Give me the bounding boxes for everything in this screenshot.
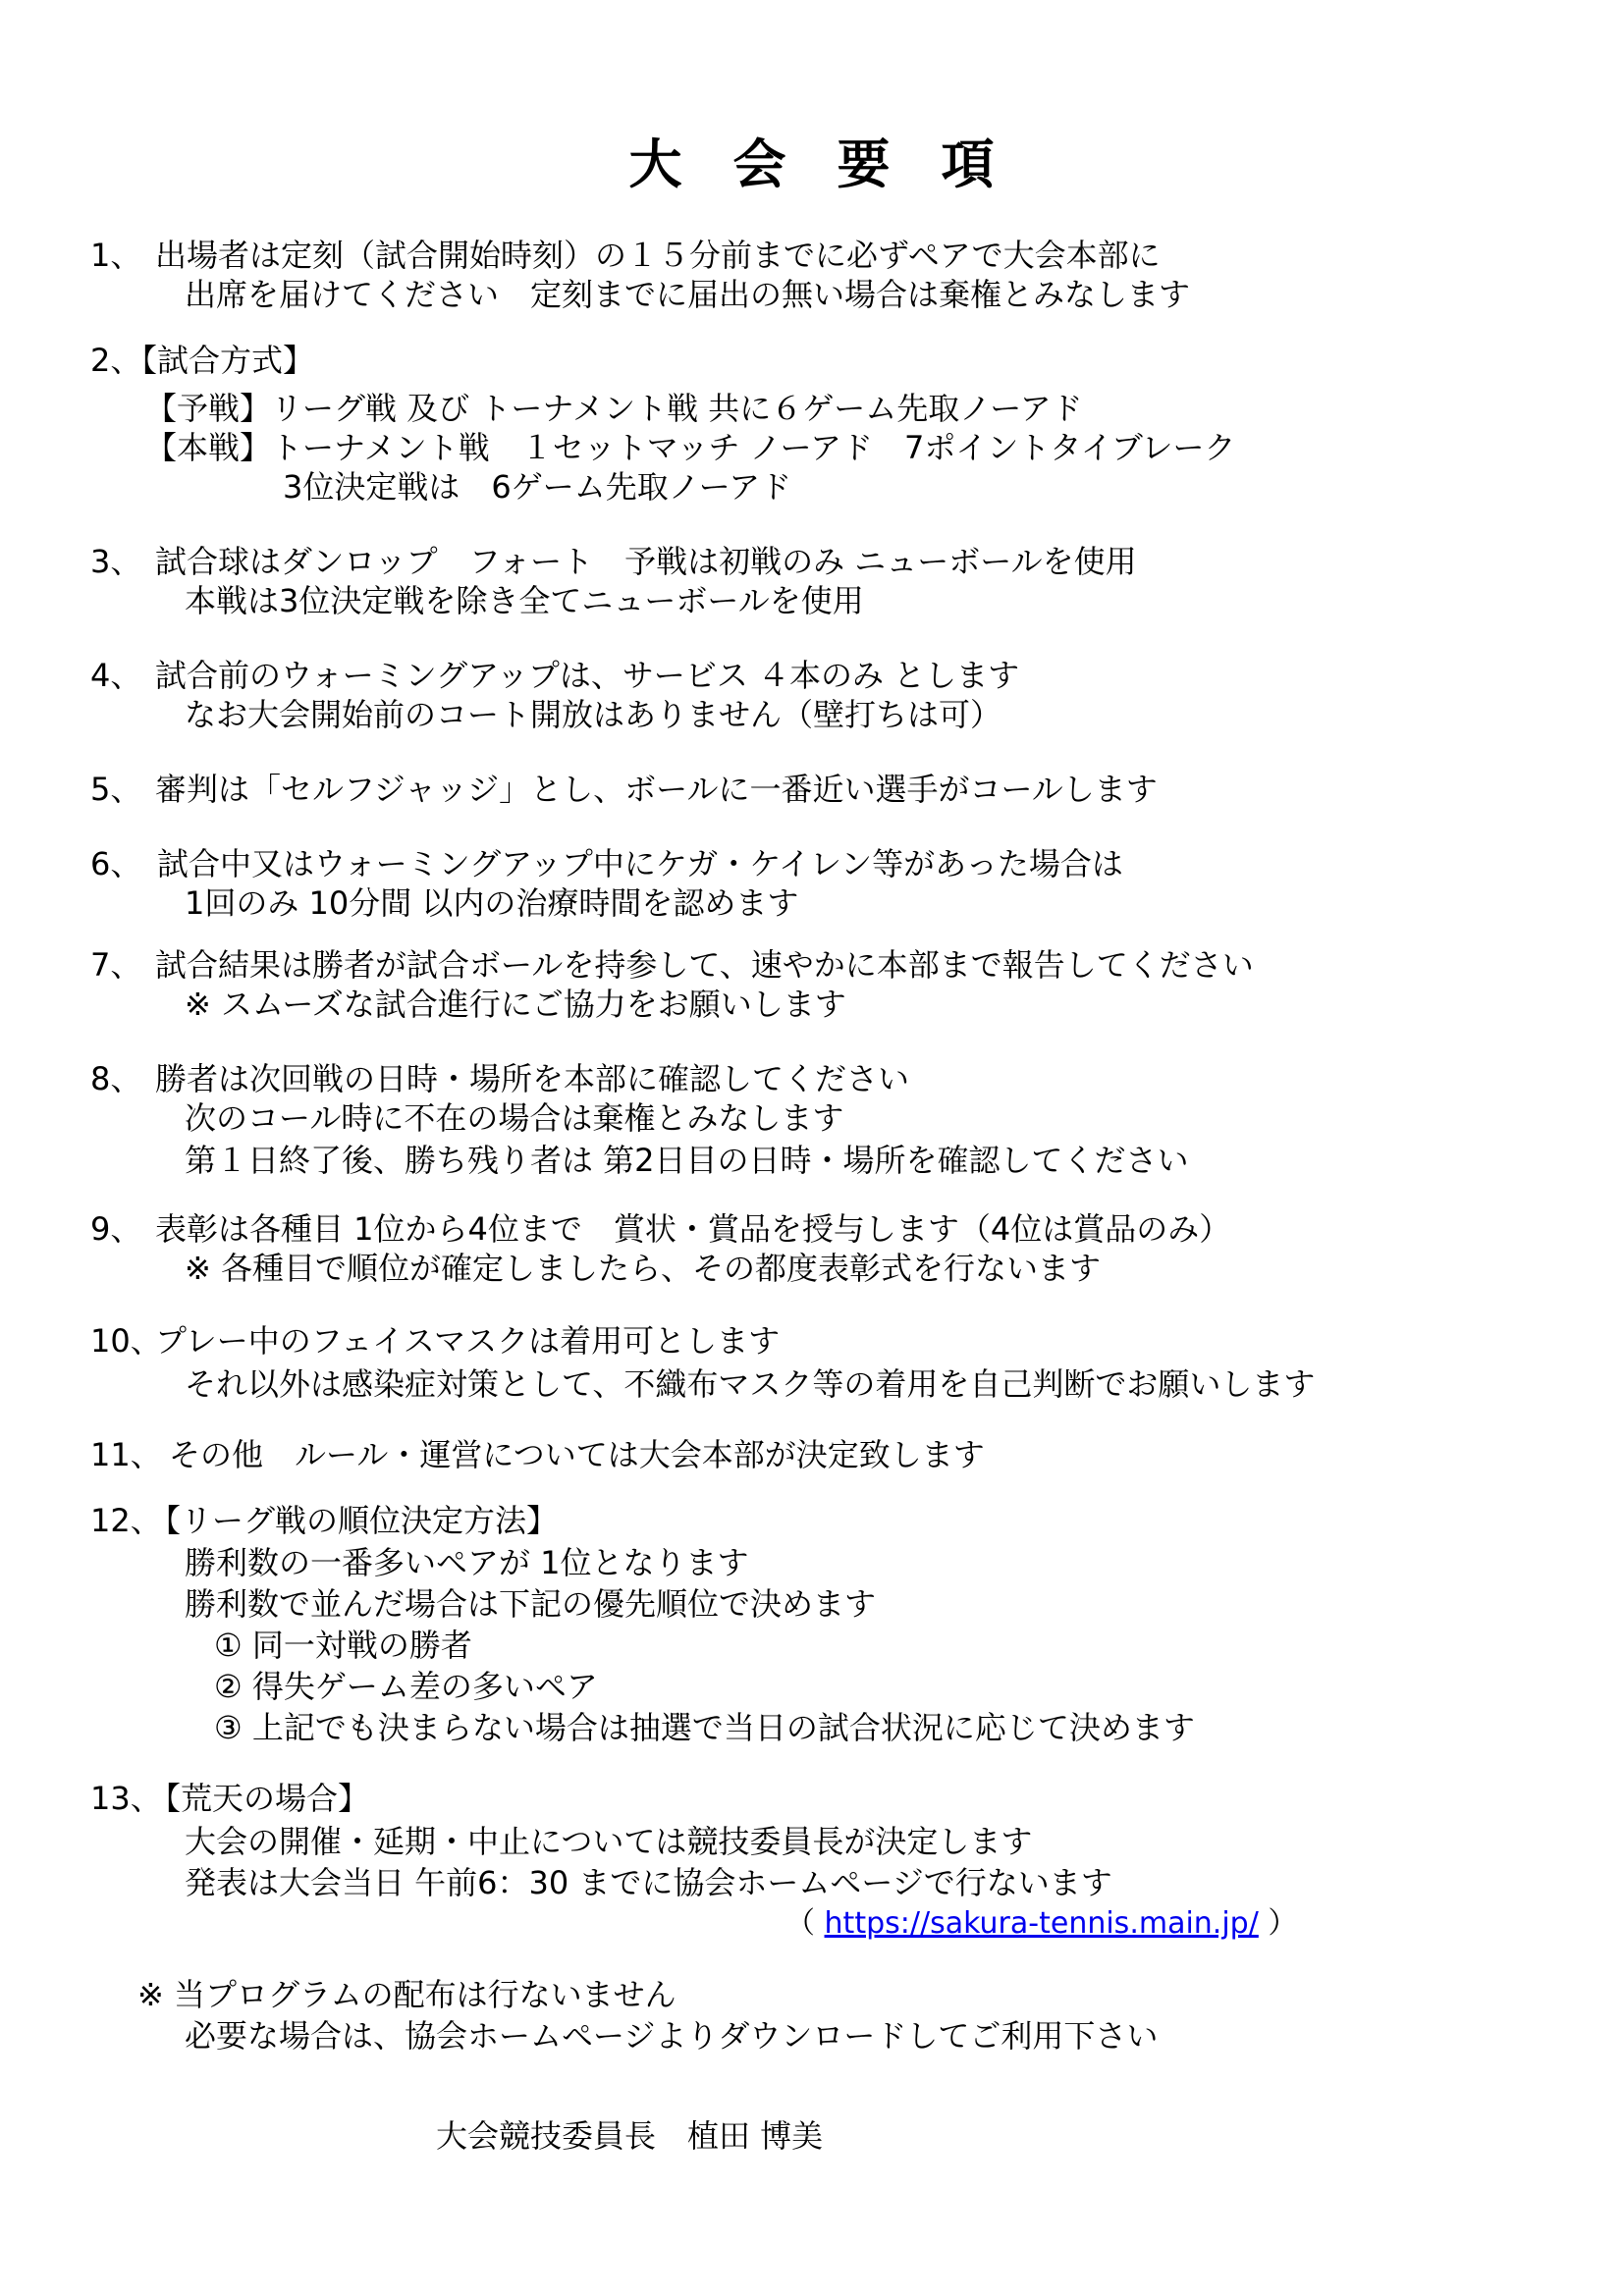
title-char: 会 — [733, 126, 786, 204]
item-detail-text: 発表は大会当日 午前6：30 までに協会ホームページで行ないます — [185, 1863, 1112, 1902]
homepage-link-line: （ https://sakura-tennis.main.jp/ ） — [785, 1904, 1297, 1944]
item-heading-text: 試合前のウォーミングアップは、サービス ４本のみ とします — [155, 656, 1019, 695]
item-detail-text: 勝利数で並んだ場合は下記の優先順位で決めます — [185, 1584, 876, 1624]
item-heading-text: 試合中又はウォーミングアップ中にケガ・ケイレン等があった場合は — [157, 844, 1123, 883]
item-detail-text: なお大会開始前のコート開放はありません（壁打ちは可） — [185, 695, 1001, 734]
item-detail-text: 次のコール時に不在の場合は棄権とみなします — [185, 1098, 843, 1138]
item-number: 10、 — [90, 1321, 162, 1361]
item-detail-text: 【予戦】リーグ戦 及び トーナメント戦 共に６ゲーム先取ノーアド — [145, 389, 1083, 428]
item-detail-text: ① 同一対戦の勝者 — [214, 1626, 472, 1665]
item-detail-text: ※ スムーズな試合進行にご協力をお願いします — [185, 985, 846, 1024]
item-heading-text: 【試合方式】 — [126, 341, 314, 380]
title-char: 大 — [629, 126, 682, 204]
page-title: 大会要項 — [0, 126, 1623, 204]
homepage-link[interactable]: https://sakura-tennis.main.jp/ — [825, 1906, 1259, 1941]
item-detail-text: 1回のみ 10分間 以内の治療時間を認めます — [185, 883, 798, 923]
item-number: 7、 — [90, 945, 141, 985]
item-detail-text: 勝利数の一番多いペアが 1位となります — [185, 1543, 749, 1582]
item-heading-text: 表彰は各種目 1位から4位まで 賞状・賞品を授与します（4位は賞品のみ） — [155, 1209, 1230, 1249]
item-heading-text: プレー中のフェイスマスクは着用可とします — [155, 1321, 780, 1361]
item-detail-text: それ以外は感染症対策として、不織布マスク等の着用を自己判断でお願いします — [185, 1364, 1315, 1404]
item-number: 11、 — [90, 1435, 162, 1474]
item-detail-text: ※ 当プログラムの配布は行ないません — [137, 1975, 676, 2014]
title-char: 要 — [838, 126, 891, 204]
item-detail-text: 出席を届けてください 定刻までに届出の無い場合は棄権とみなします — [185, 275, 1190, 314]
item-detail-text: 【本戦】トーナメント戦 １セットマッチ ノーアド 7ポイントタイブレーク — [145, 428, 1236, 467]
item-detail-text: 大会の開催・延期・中止については競技委員長が決定します — [185, 1822, 1032, 1861]
document-page: 大会要項 1、出場者は定刻（試合開始時刻）の１５分前までに必ずペアで大会本部に出… — [0, 0, 1623, 2296]
item-heading-text: その他 ルール・運営については大会本部が決定致します — [169, 1435, 985, 1474]
item-number: 3、 — [90, 542, 141, 581]
item-detail-text: 必要な場合は、協会ホームページよりダウンロードしてご利用下さい — [185, 2016, 1158, 2056]
item-detail-text: 本戦は3位決定戦を除き全てニューボールを使用 — [185, 581, 864, 620]
item-detail-text: ※ 各種目で順位が確定しましたら、その都度表彰式を行ないます — [185, 1249, 1101, 1288]
item-number: 8、 — [90, 1059, 141, 1098]
item-heading-text: 【リーグ戦の順位決定方法】 — [149, 1501, 558, 1540]
item-detail-text: 第１日終了後、勝ち残り者は 第2日目の日時・場所を確認してください — [185, 1141, 1189, 1180]
item-number: 5、 — [90, 770, 141, 809]
item-number: 6、 — [90, 844, 141, 883]
item-detail-text: ③ 上記でも決まらない場合は抽選で当日の試合状況に応じて決めます — [214, 1708, 1195, 1747]
item-heading-text: 試合球はダンロップ フォート 予戦は初戦のみ ニューボールを使用 — [155, 542, 1137, 581]
item-heading-text: 出場者は定刻（試合開始時刻）の１５分前までに必ずペアで大会本部に — [155, 236, 1161, 275]
item-heading-text: 【荒天の場合】 — [149, 1779, 369, 1818]
item-detail-text: 大会競技委員長 植田 博美 — [436, 2116, 823, 2156]
item-heading-text: 勝者は次回戦の日時・場所を本部に確認してください — [155, 1059, 909, 1098]
paren-close: ） — [1259, 1906, 1298, 1941]
item-detail-text: ② 得失ゲーム差の多いペア — [214, 1667, 598, 1706]
paren-open: （ — [785, 1906, 825, 1941]
item-heading-text: 審判は「セルフジャッジ」とし、ボールに一番近い選手がコールします — [155, 770, 1158, 809]
item-number: 9、 — [90, 1209, 141, 1249]
item-number: 4、 — [90, 656, 141, 695]
item-number: 1、 — [90, 236, 141, 275]
item-detail-text: 3位決定戦は 6ゲーム先取ノーアド — [283, 467, 791, 507]
item-heading-text: 試合結果は勝者が試合ボールを持参して、速やかに本部まで報告してください — [155, 945, 1254, 985]
title-char: 項 — [942, 126, 995, 204]
